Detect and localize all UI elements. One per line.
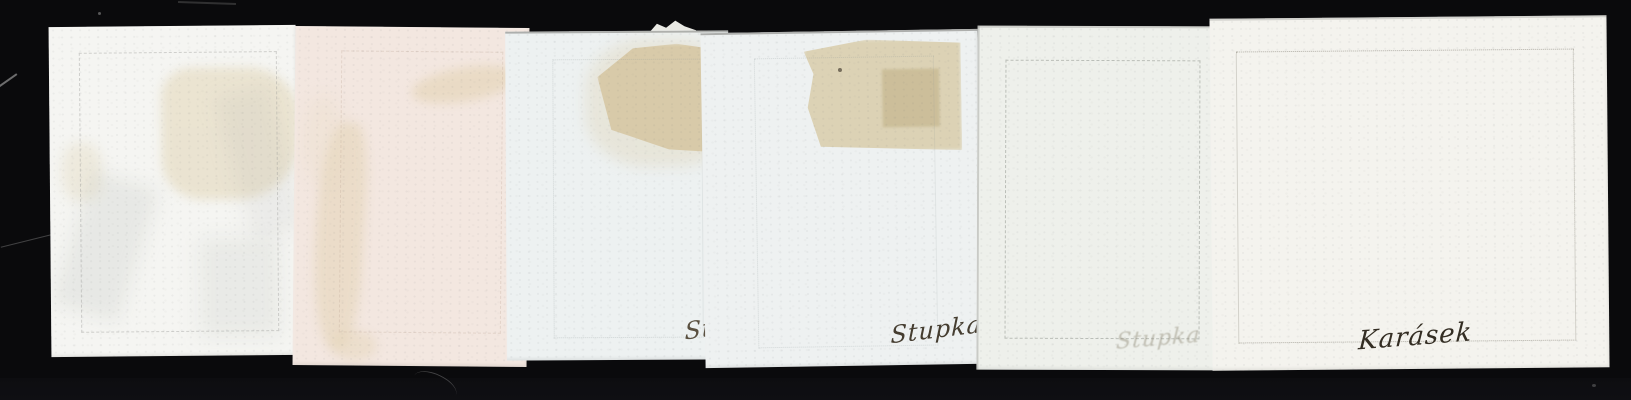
dust-speck [98,12,101,15]
paper-edge-shadow [700,29,977,35]
stamp-2 [293,26,530,367]
ink-speck [838,68,842,72]
hinge-remnant [161,67,299,200]
expert-signature: Stupka [1115,323,1201,355]
design-showthrough-outline [552,59,703,339]
paper-mottling [198,237,281,338]
stamp-6: Karásek [1209,15,1609,370]
hinge-remnant [882,68,940,127]
hinge-remnant [309,121,371,350]
hinge-remnant [62,143,103,201]
scratch-mark [1,233,56,248]
stamp-1 [49,25,299,357]
expert-signature: Karásek [1357,317,1473,356]
hinge-remnant [409,59,521,110]
design-showthrough-outline [1236,49,1577,344]
mat-bottom-band [0,378,1631,400]
design-showthrough-outline [339,50,503,333]
stamp-4: Stupka [700,29,982,368]
paper-edge-shadow [976,26,979,370]
scratch-mark [0,73,17,88]
paper-edge-shadow [1209,15,1606,20]
stamp-3: Stupka [505,30,730,360]
hinge-remnant [302,94,345,186]
design-showthrough-outline [79,51,279,333]
expert-signature: Stupka [890,310,982,349]
hinge-remnant [804,38,963,152]
stamp-5: Stupka [976,26,1218,371]
paper-edge-shadow [505,30,728,33]
design-showthrough-outline [754,56,939,349]
design-showthrough-outline [1005,60,1201,340]
scratch-mark [178,1,236,5]
paper-edge-shadow [978,26,1219,29]
paper-mottling [213,82,299,242]
hinge-remnant [331,330,377,360]
photo-background: Stupka Stupka Stupka Karásek [0,0,1631,400]
paper-mottling [51,169,160,324]
